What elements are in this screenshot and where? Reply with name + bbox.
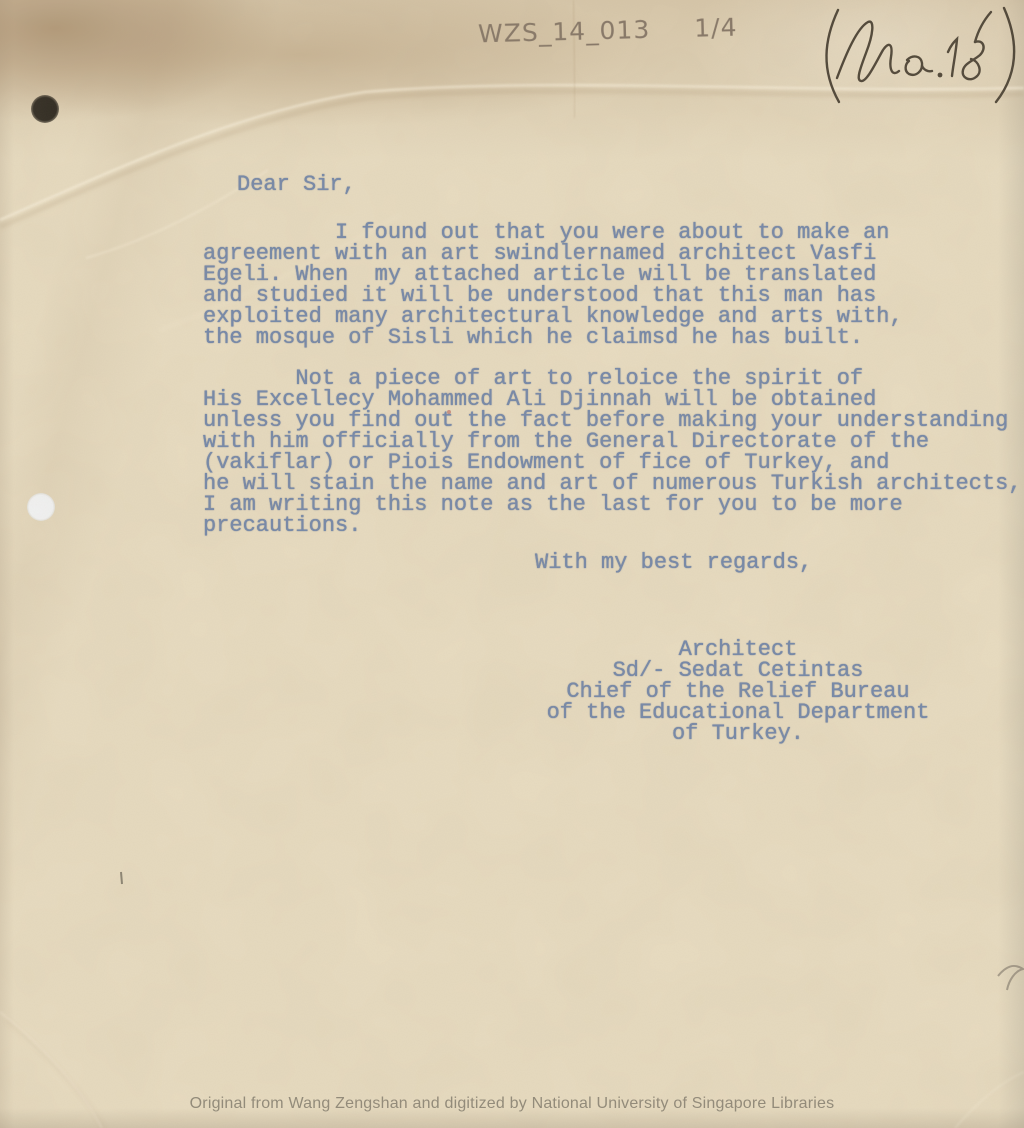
- paper-creases-overlay: [0, 0, 1024, 1128]
- edge-squiggle-mark: [998, 966, 1023, 990]
- pencil-archive-annotation: WZS_14_013 1/4: [478, 13, 738, 49]
- page-fraction-text: 1/4: [694, 13, 738, 43]
- paper-texture-overlay: [0, 0, 1024, 1128]
- cursive-n-stroke: [837, 22, 899, 81]
- open-paren-stroke: [826, 10, 839, 102]
- digitization-caption: Original from Wang Zengshan and digitize…: [0, 1095, 1024, 1113]
- letter-signature-block: Architect Sd/- Sedat Cetintas Chief of t…: [528, 639, 948, 744]
- cursive-o-stroke: [906, 56, 922, 74]
- o-exit-stroke: [922, 66, 932, 71]
- pencil-tick-mark: [121, 872, 122, 884]
- letter-salutation: Dear Sir,: [237, 174, 356, 195]
- handwritten-number-label: [812, 0, 1024, 140]
- close-paren-stroke: [996, 8, 1014, 102]
- scanned-letter-page: WZS_14_013 1/4 Dear Sir, I found out tha…: [0, 0, 1024, 1128]
- archive-code-text: WZS_14_013: [478, 15, 651, 48]
- hole-punch-white: [27, 493, 55, 521]
- letter-paragraph-1: I found out that you were about to make …: [203, 222, 903, 348]
- digit-8-stroke: [963, 41, 984, 79]
- hole-punch-black: [31, 95, 59, 123]
- digit-8-tail-stroke: [975, 12, 991, 42]
- period-dot: [938, 73, 943, 78]
- letter-closing: With my best regards,: [535, 552, 812, 573]
- letter-paragraph-2: Not a piece of art to reloice the spirit…: [203, 368, 1022, 536]
- digit-1-stroke: [948, 39, 957, 76]
